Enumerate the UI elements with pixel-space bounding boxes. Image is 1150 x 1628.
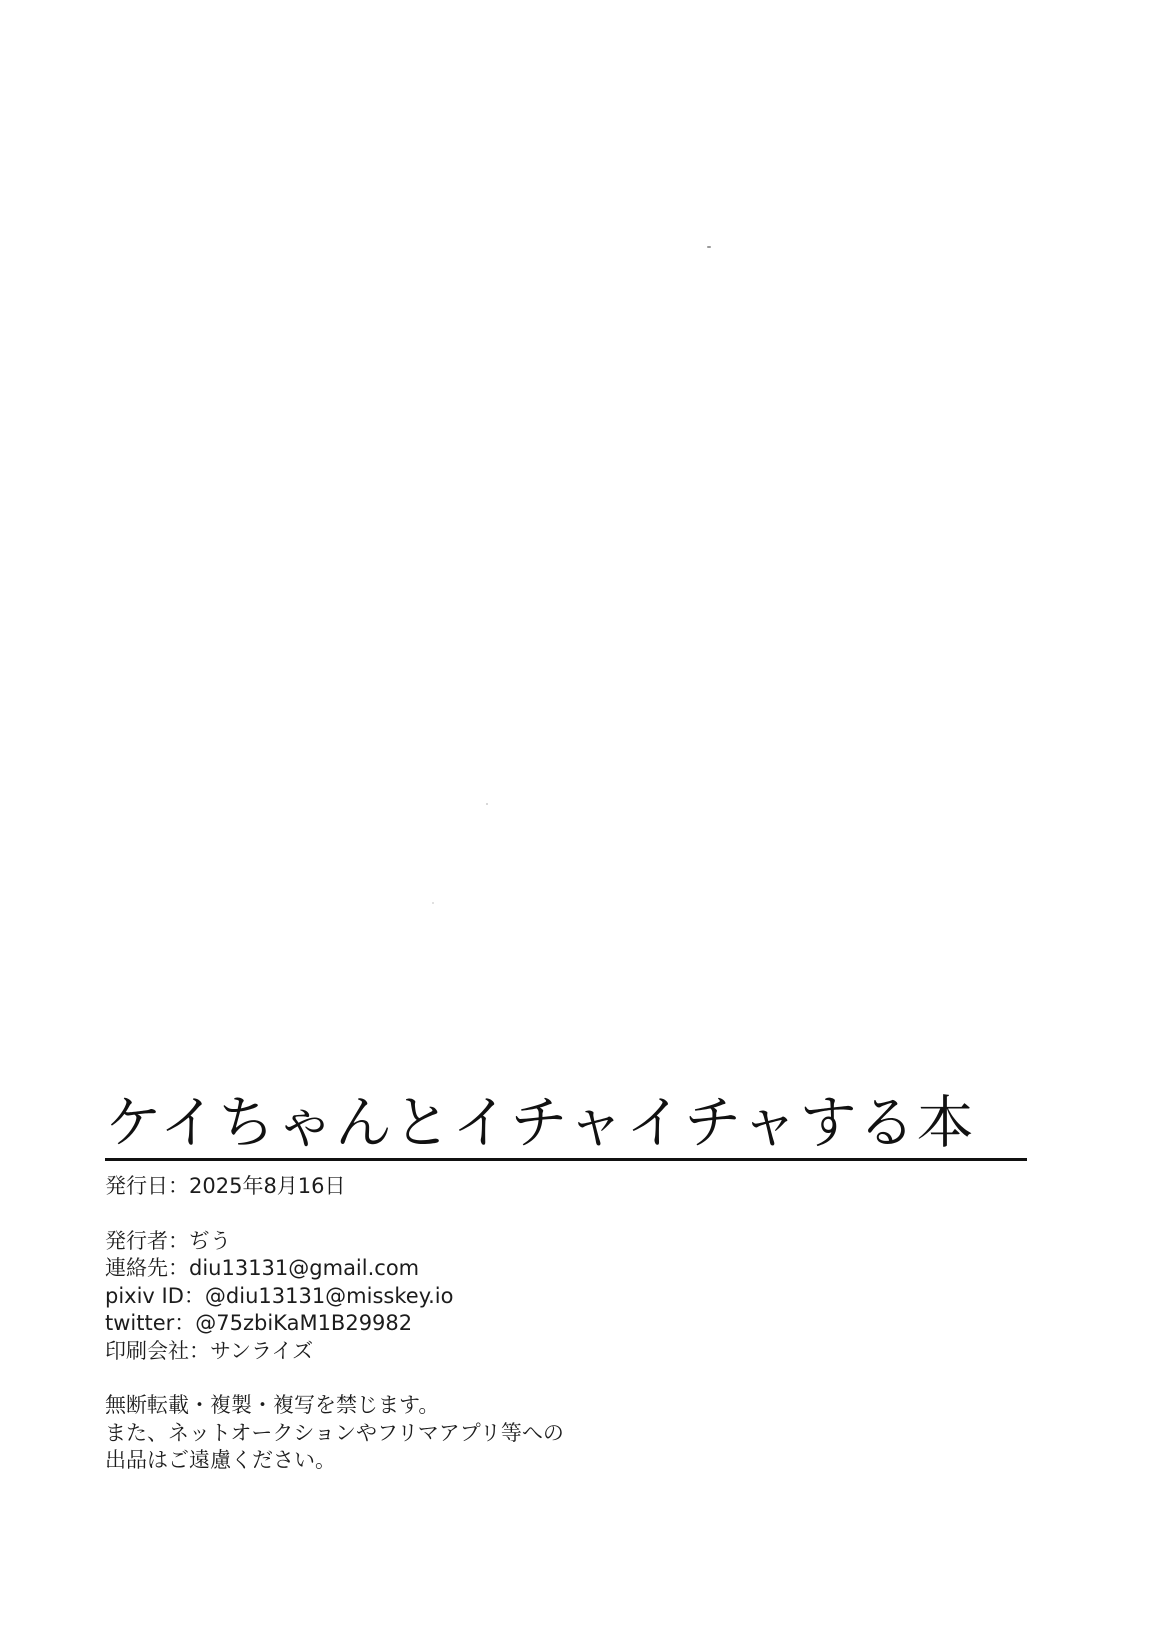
credit-contact: 連絡先：diu13131@gmail.com [105, 1255, 1035, 1283]
publication-date-value: 2025年8月16日 [189, 1174, 346, 1198]
scan-speck [486, 803, 488, 805]
credit-label: 印刷会社： [105, 1339, 210, 1363]
colophon-page: ケイちゃんとイチャイチャする本 発行日：2025年8月16日 発行者：ぢう 連絡… [0, 0, 1150, 1628]
credit-label: pixiv ID： [105, 1284, 205, 1308]
credit-label: twitter： [105, 1311, 195, 1335]
spacer [105, 1201, 1035, 1228]
credit-value: diu13131@gmail.com [189, 1256, 419, 1280]
credit-twitter: twitter：@75zbiKaM1B29982 [105, 1310, 1035, 1338]
notice-line: 無断転載・複製・複写を禁じます。 [105, 1392, 1035, 1420]
credit-label: 発行者： [105, 1229, 189, 1253]
notice-line: 出品はご遠慮ください。 [105, 1447, 1035, 1475]
publication-date: 発行日：2025年8月16日 [105, 1173, 1035, 1201]
colophon-block: ケイちゃんとイチャイチャする本 発行日：2025年8月16日 発行者：ぢう 連絡… [105, 1090, 1035, 1475]
publication-date-label: 発行日： [105, 1174, 189, 1198]
credit-label: 連絡先： [105, 1256, 189, 1280]
credit-value: @75zbiKaM1B29982 [195, 1311, 412, 1335]
colophon-info: 発行日：2025年8月16日 発行者：ぢう 連絡先：diu13131@gmail… [105, 1173, 1035, 1475]
credit-value: サンライズ [210, 1339, 313, 1363]
book-title: ケイちゃんとイチャイチャする本 [105, 1090, 1027, 1161]
credit-publisher: 発行者：ぢう [105, 1228, 1035, 1256]
credit-pixiv: pixiv ID：@diu13131@misskey.io [105, 1283, 1035, 1311]
credit-value: ぢう [189, 1229, 231, 1253]
spacer [105, 1365, 1035, 1392]
credit-value: @diu13131@misskey.io [205, 1284, 454, 1308]
notice-line: また、ネットオークションやフリマアプリ等への [105, 1420, 1035, 1448]
credit-printer: 印刷会社：サンライズ [105, 1338, 1035, 1366]
scan-speck [432, 902, 434, 904]
scan-speck [707, 246, 711, 248]
